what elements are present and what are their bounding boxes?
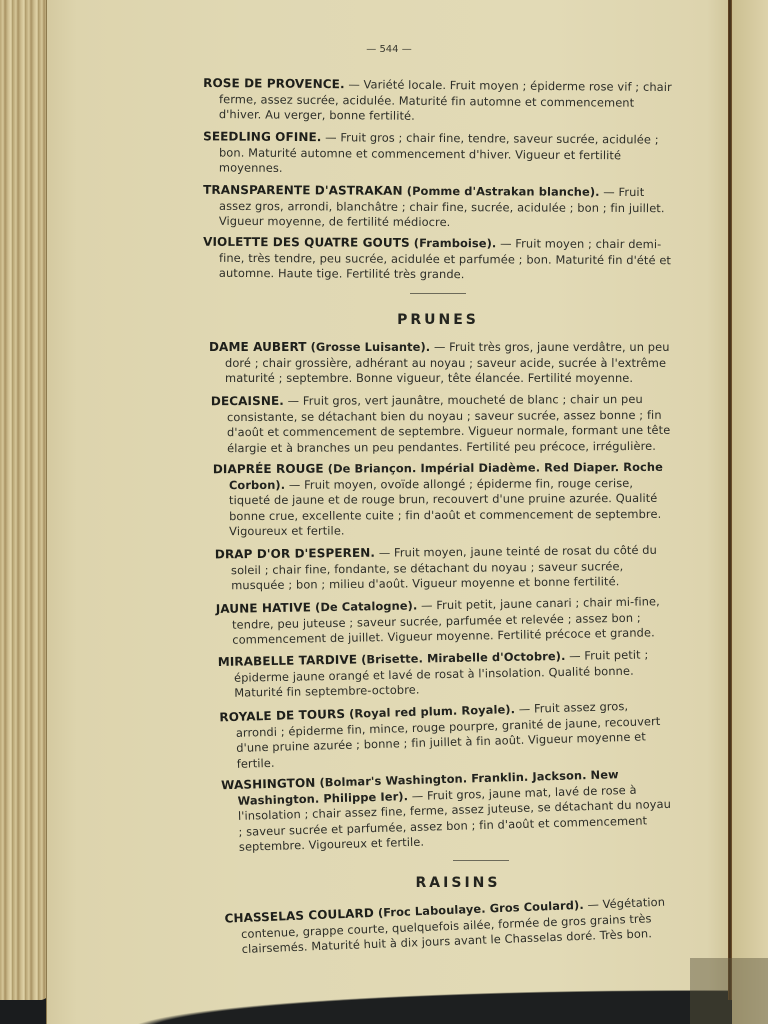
- section-title-raisins: RAISINS: [203, 875, 673, 891]
- entry-name: WASHINGTON: [221, 776, 316, 793]
- entry-name: DRAP D'OR D'ESPEREN.: [215, 546, 375, 562]
- facing-page-edge: [732, 0, 768, 1024]
- entry-diapree-rouge: DIAPRÉE ROUGE (De Briançon. Impérial Dia…: [213, 460, 673, 540]
- entry-mirabelle-tardive: MIRABELLE TARDIVE (Brisette. Mirabelle d…: [218, 647, 674, 702]
- entry-washington: WASHINGTON (Bolmar's Washington. Frankli…: [221, 766, 674, 857]
- section-divider: [410, 293, 466, 294]
- entry-name: DIAPRÉE ROUGE: [213, 462, 324, 477]
- entry-transparente-d-astrakan: TRANSPARENTE D'ASTRAKAN (Pomme d'Astraka…: [203, 182, 673, 231]
- entry-name: VIOLETTE DES QUATRE GOUTS: [203, 235, 410, 250]
- entry-name: DECAISNE.: [211, 394, 284, 408]
- entry-name: TRANSPARENTE D'ASTRAKAN: [203, 182, 403, 197]
- section-divider: [453, 860, 509, 861]
- entry-synonyms: (Brisette. Mirabelle d'Octobre).: [357, 649, 566, 667]
- book-page: — 544 — ROSE DE PROVENCE. — Variété loca…: [46, 0, 731, 1024]
- entry-synonyms: (Pomme d'Astrakan blanche).: [403, 183, 600, 198]
- entry-name: ROYALE DE TOURS: [219, 706, 345, 724]
- page-content: ROSE DE PROVENCE. — Variété locale. Frui…: [203, 78, 673, 956]
- entry-description: — Fruit gros, vert jaunâtre, moucheté de…: [227, 392, 670, 455]
- photo-corner-shadow: [690, 958, 768, 1024]
- entry-description: — Fruit moyen, ovoïde allongé ; épiderme…: [229, 476, 661, 539]
- entry-synonyms: (Grosse Luisante).: [307, 340, 431, 354]
- entry-name: MIRABELLE TARDIVE: [218, 652, 358, 668]
- page-edges-left: [0, 0, 50, 1000]
- entry-seedling-ofine: SEEDLING OFINE. — Fruit gros ; chair fin…: [203, 129, 673, 179]
- entry-decaisne: DECAISNE. — Fruit gros, vert jaunâtre, m…: [211, 392, 673, 457]
- section-title-prunes: PRUNES: [203, 312, 673, 328]
- entry-name: ROSE DE PROVENCE.: [203, 76, 345, 91]
- entry-chasselas-coulard: CHASSELAS COULARD (Froc Laboulaye. Gros …: [224, 894, 673, 958]
- entry-synonyms: (Framboise).: [410, 236, 497, 250]
- entry-violette-des-quatre-gouts: VIOLETTE DES QUATRE GOUTS (Framboise). —…: [203, 235, 673, 284]
- entry-jaune-hative: JAUNE HATIVE (De Catalogne). — Fruit pet…: [216, 594, 674, 649]
- entry-rose-de-provence: ROSE DE PROVENCE. — Variété locale. Frui…: [203, 76, 673, 127]
- entry-name: JAUNE HATIVE: [216, 600, 312, 616]
- page-number: — 544 —: [47, 44, 731, 55]
- entry-royale-de-tours: ROYALE DE TOURS (Royal red plum. Royale)…: [219, 697, 674, 772]
- entry-synonyms: (De Catalogne).: [311, 599, 418, 615]
- entry-drap-d-or-d-esperen: DRAP D'OR D'ESPEREN. — Fruit moyen, jaun…: [215, 543, 673, 595]
- entry-name: SEEDLING OFINE.: [203, 129, 321, 144]
- book-photo: — 544 — ROSE DE PROVENCE. — Variété loca…: [0, 0, 768, 1024]
- entry-name: DAME AUBERT: [209, 340, 307, 354]
- entry-dame-aubert: DAME AUBERT (Grosse Luisante). — Fruit t…: [209, 340, 673, 387]
